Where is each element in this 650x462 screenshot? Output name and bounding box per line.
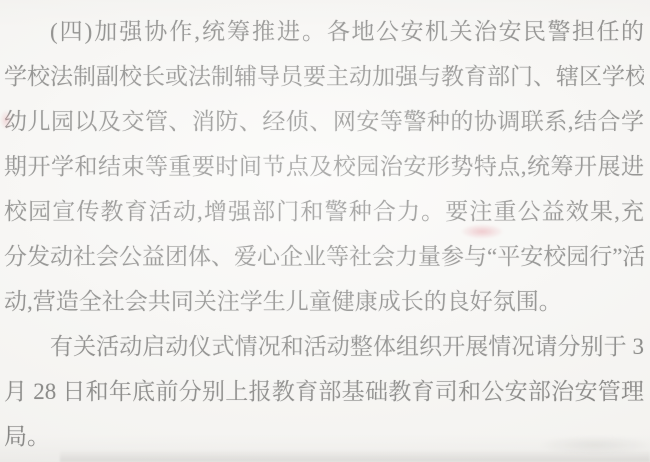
text-line-7: 动,营造全社会共同关注学生儿童健康成长的良好氛围。 [4,279,644,324]
section-heading: (四)加强协作,统筹推进。 [50,19,327,44]
text-line-2: 学校法制副校长或法制辅导员要主动加强与教育部门、辖区学校 [4,54,644,99]
text-line-10: 局。 [4,414,644,459]
document-text: (四)加强协作,统筹推进。各地公安机关治安民警担任的 学校法制副校长或法制辅导员… [4,9,644,459]
line-text: 各地公安机关治安民警担任的 [327,19,644,44]
text-line-3: 幼儿园以及交管、消防、经侦、网安等警种的协调联系,结合学 [4,99,644,144]
document-page: (四)加强协作,统筹推进。各地公安机关治安民警担任的 学校法制副校长或法制辅导员… [0,0,650,462]
text-line-5: 校园宣传教育活动,增强部门和警种合力。要注重公益效果,充 [4,189,644,234]
text-line-8: 有关活动启动仪式情况和活动整体组织开展情况请分别于 3 [4,324,644,369]
text-line-1: (四)加强协作,统筹推进。各地公安机关治安民警担任的 [4,9,644,54]
text-line-9: 月 28 日和年底前分别上报教育部基础教育司和公安部治安管理 [4,369,644,414]
text-line-6: 分发动社会公益团体、爱心企业等社会力量参与“平安校园行”活 [4,234,644,279]
text-line-4: 期开学和结束等重要时间节点及校园治安形势特点,统筹开展进 [4,144,644,189]
